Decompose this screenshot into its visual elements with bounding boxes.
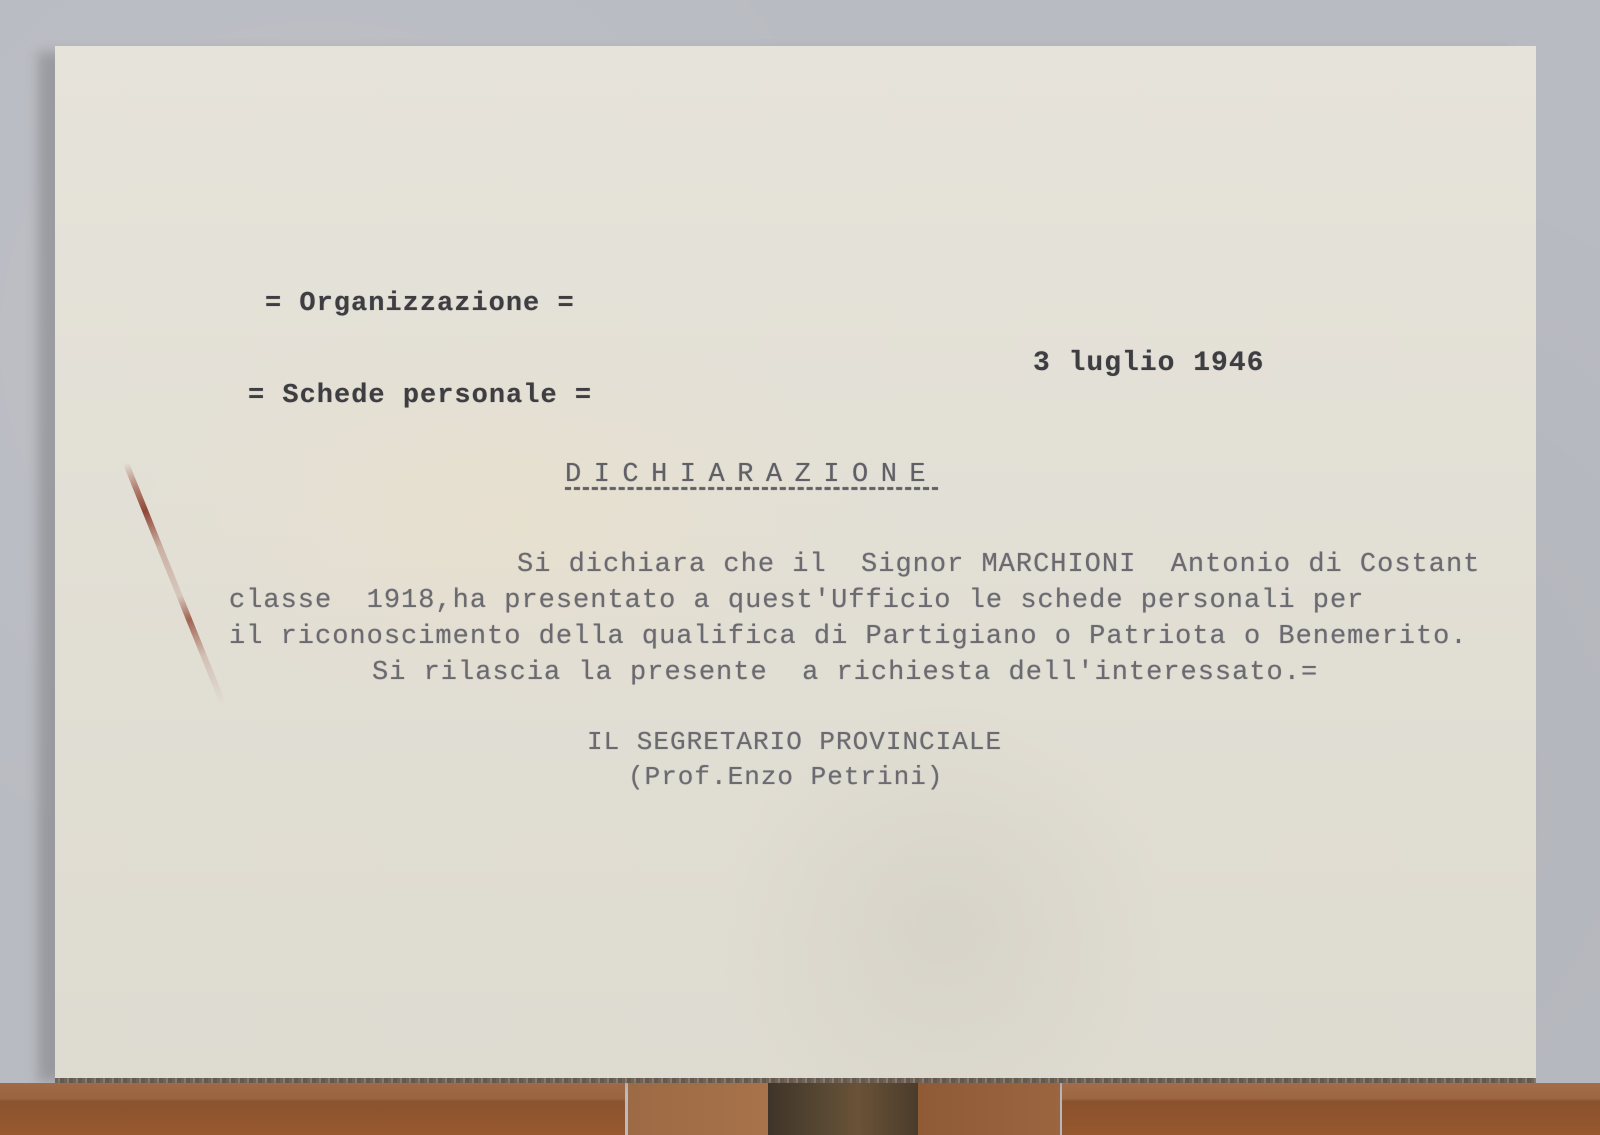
body-line-3: il riconoscimento della qualifica di Par… [229, 622, 1468, 652]
shelf-panel-middle-left [628, 1083, 768, 1135]
shelf-panel-middle-right [918, 1083, 1060, 1135]
document-date: 3 luglio 1946 [1033, 348, 1264, 379]
document-sheet: = Organizzazione = = Schede personale = … [55, 46, 1536, 1083]
header-section: = Schede personale = [248, 381, 592, 411]
shelf-gap-dark [768, 1083, 918, 1135]
body-line-4: Si rilascia la presente a richiesta dell… [372, 658, 1318, 688]
header-organization: = Organizzazione = [265, 289, 575, 319]
shelf-panel-left [0, 1083, 625, 1135]
wooden-shelf [0, 1083, 1600, 1135]
signature-title: IL SEGRETARIO PROVINCIALE [587, 727, 1002, 757]
shelf-panel-right [1062, 1083, 1600, 1135]
body-line-2: classe 1918,ha presentato a quest'Uffici… [229, 586, 1364, 616]
signature-name: (Prof.Enzo Petrini) [628, 762, 943, 792]
document-title: DICHIARAZIONE [565, 460, 938, 490]
body-line-1: Si dichiara che il Signor MARCHIONI Anto… [517, 550, 1480, 580]
rust-stain [123, 462, 226, 705]
